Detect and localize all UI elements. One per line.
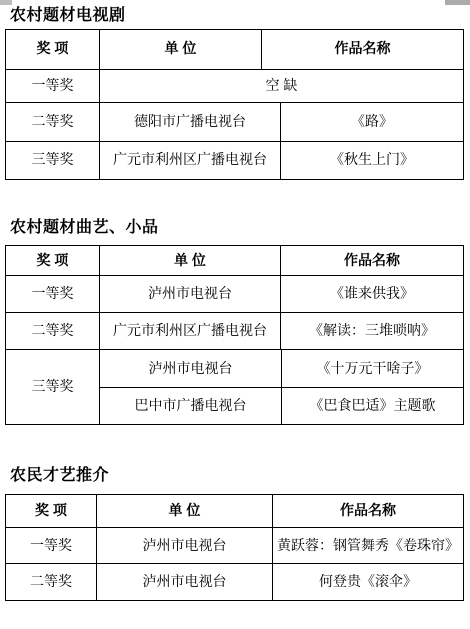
header-cell-award: 奖 项 — [6, 495, 96, 527]
header-cell-work: 作品名称 — [261, 30, 463, 69]
header-cell-unit: 单 位 — [99, 246, 280, 275]
cell-award: 二等奖 — [6, 564, 96, 600]
cell-work: 黄跃蓉：钢管舞秀《卷珠帘》 — [272, 528, 463, 563]
section-talent: 农民才艺推介 奖 项 单 位 作品名称 一等奖 泸州市电视台 黄跃蓉：钢管舞秀《… — [0, 467, 470, 601]
table-header-row: 奖 项 单 位 作品名称 — [6, 495, 463, 527]
section-title-tv-drama: 农村题材电视剧 — [10, 7, 470, 25]
section-tv-drama: 农村题材电视剧 奖 项 单 位 作品名称 一等奖 空 缺 二等奖 德阳市广播电视… — [0, 7, 470, 180]
cell-work: 《十万元干啥子》 — [281, 350, 463, 387]
screenshot-artifact-top-left — [0, 0, 12, 5]
header-cell-award: 奖 项 — [6, 30, 99, 69]
table-header-row: 奖 项 单 位 作品名称 — [6, 246, 463, 275]
cell-work: 何登贵《滚伞》 — [272, 564, 463, 600]
table-row: 一等奖 泸州市电视台 黄跃蓉：钢管舞秀《卷珠帘》 — [6, 527, 463, 563]
cell-award: 一等奖 — [6, 528, 96, 563]
cell-unit: 德阳市广播电视台 — [99, 103, 280, 141]
cell-unit: 广元市利州区广播电视台 — [99, 313, 280, 349]
cell-award: 一等奖 — [6, 276, 99, 312]
header-cell-work: 作品名称 — [272, 495, 463, 527]
awards-table-tv-drama: 奖 项 单 位 作品名称 一等奖 空 缺 二等奖 德阳市广播电视台 《路》 三等… — [5, 29, 464, 180]
cell-unit: 广元市利州区广播电视台 — [99, 142, 280, 179]
table-row: 二等奖 泸州市电视台 何登贵《滚伞》 — [6, 563, 463, 600]
cell-unit: 泸州市电视台 — [96, 564, 272, 600]
cell-award: 一等奖 — [6, 70, 99, 102]
table-subrow: 巴中市广播电视台 《巴食巴适》主题歌 — [100, 387, 463, 424]
cell-unit: 巴中市广播电视台 — [100, 388, 281, 424]
table-header-row: 奖 项 单 位 作品名称 — [6, 30, 463, 69]
section-title-folk-art: 农村题材曲艺、小品 — [10, 219, 470, 237]
table-row: 三等奖 广元市利州区广播电视台 《秋生上门》 — [6, 141, 463, 179]
table-row: 一等奖 泸州市电视台 《谁来供我》 — [6, 275, 463, 312]
awards-table-talent: 奖 项 单 位 作品名称 一等奖 泸州市电视台 黄跃蓉：钢管舞秀《卷珠帘》 二等… — [5, 494, 464, 601]
cell-unit: 泸州市电视台 — [99, 276, 280, 312]
table-row: 二等奖 广元市利州区广播电视台 《解读：三堆唢呐》 — [6, 312, 463, 349]
cell-work: 《解读：三堆唢呐》 — [280, 313, 463, 349]
header-cell-unit: 单 位 — [96, 495, 272, 527]
section-title-talent: 农民才艺推介 — [10, 467, 470, 485]
awards-table-folk-art: 奖 项 单 位 作品名称 一等奖 泸州市电视台 《谁来供我》 二等奖 广元市利州… — [5, 245, 464, 425]
cell-work: 《谁来供我》 — [280, 276, 463, 312]
header-cell-work: 作品名称 — [280, 246, 463, 275]
table-row: 二等奖 德阳市广播电视台 《路》 — [6, 102, 463, 141]
table-row-merged-third-prize: 三等奖 泸州市电视台 《十万元干啥子》 巴中市广播电视台 《巴食巴适》主题歌 — [6, 349, 463, 424]
cell-award: 三等奖 — [6, 142, 99, 179]
cell-work: 《巴食巴适》主题歌 — [281, 388, 463, 424]
screenshot-artifact-top-right — [445, 0, 470, 5]
cell-work: 《秋生上门》 — [280, 142, 463, 179]
section-folk-art: 农村题材曲艺、小品 奖 项 单 位 作品名称 一等奖 泸州市电视台 《谁来供我》… — [0, 219, 470, 426]
cell-work: 《路》 — [280, 103, 463, 141]
table-subrow: 泸州市电视台 《十万元干啥子》 — [100, 350, 463, 387]
header-cell-unit: 单 位 — [99, 30, 261, 69]
cell-unit: 泸州市电视台 — [100, 350, 281, 387]
cell-award-rowspan: 三等奖 — [6, 350, 99, 424]
cell-unit: 泸州市电视台 — [96, 528, 272, 563]
cell-merged-vacant: 空 缺 — [99, 70, 463, 102]
header-cell-award: 奖 项 — [6, 246, 99, 275]
cell-award: 二等奖 — [6, 103, 99, 141]
merged-cell-stack: 泸州市电视台 《十万元干啥子》 巴中市广播电视台 《巴食巴适》主题歌 — [99, 350, 463, 424]
cell-award: 二等奖 — [6, 313, 99, 349]
table-row: 一等奖 空 缺 — [6, 69, 463, 102]
